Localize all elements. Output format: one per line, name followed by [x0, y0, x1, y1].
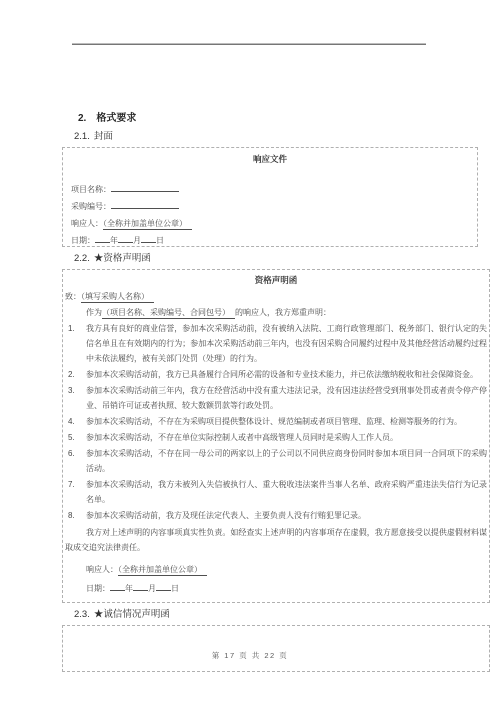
response-doc-title: 响应文件 — [71, 153, 469, 165]
procurement-number-label: 采购编号： — [71, 202, 111, 211]
respondent-field: 响应人：（全称并加盖单位公章） — [71, 215, 469, 232]
sign-year-label: 年 — [125, 584, 133, 593]
sign-year-blank — [110, 583, 125, 591]
cover-heading: 2.1.封面 — [62, 131, 490, 143]
item-number: 2. — [65, 367, 86, 382]
project-name-blank — [111, 184, 179, 192]
month-blank — [118, 235, 133, 243]
item-text: 参加本次采购活动，不存在单位实际控制人或者中高级管理人员同时是采购人工作人员。 — [86, 430, 487, 445]
year-blank — [95, 235, 110, 243]
project-name-field: 项目名称： — [71, 181, 469, 198]
qualification-heading-title: ★资格声明函 — [94, 253, 151, 264]
item-number: 4. — [65, 414, 86, 429]
declaration-item: 6. 参加本次采购活动，不存在同一母公司的两家以上的子公司以不同供应商身份同时参… — [65, 446, 487, 476]
salutation-line: 致：（填写采购人名称） — [65, 289, 487, 304]
intro-line: 作为（项目名称、采购编号、合同包号）的响应人，我方郑重声明： — [65, 305, 487, 320]
item-number: 8. — [65, 508, 86, 523]
procurement-number-blank — [111, 201, 179, 209]
salutation-label: 致： — [65, 292, 81, 301]
item-text: 参加本次采购活动前，我方及现任法定代表人、主要负责人没有行贿犯罪记录。 — [86, 508, 487, 523]
intro-suffix: 的响应人，我方郑重声明： — [235, 308, 331, 317]
project-name-label: 项目名称： — [71, 185, 111, 194]
cover-date-field: 日期：年月日 — [71, 232, 469, 249]
declaration-item: 4. 参加本次采购活动，不存在为采购项目提供整体设计、规范编制或者项目管理、监理… — [65, 414, 487, 429]
declaration-item: 2. 参加本次采购活动前，我方已具备履行合同所必需的设备和专业技术能力，并已依法… — [65, 367, 487, 382]
item-text: 参加本次采购活动，我方未被列入失信被执行人、重大税收违法案件当事人名单、政府采购… — [86, 477, 487, 507]
sign-month-blank — [133, 583, 148, 591]
integrity-heading-title: ★诚信情况声明函 — [94, 609, 170, 620]
closing-paragraph: 我方对上述声明的内容事项真实性负责。如经查实上述声明的内容事项存在虚假，我方愿意… — [65, 525, 487, 555]
cover-box: 响应文件 项目名称： 采购编号： 响应人：（全称并加盖单位公章） 日期：年月日 — [62, 147, 478, 247]
sign-date-line: 日期：年月日 — [86, 581, 487, 596]
cover-fields: 项目名称： 采购编号： 响应人：（全称并加盖单位公章） 日期：年月日 — [71, 181, 469, 249]
declaration-item: 8. 参加本次采购活动前，我方及现任法定代表人、主要负责人没有行贿犯罪记录。 — [65, 508, 487, 523]
item-number: 6. — [65, 446, 86, 476]
document-content: 2.格式要求 2.1.封面 响应文件 项目名称： 采购编号： 响应人：（全称并加… — [62, 112, 490, 678]
format-section-title: 格式要求 — [96, 113, 136, 124]
respondent-value: （全称并加盖单位公章） — [103, 219, 192, 230]
day-label: 日 — [156, 236, 164, 245]
item-number: 7. — [65, 477, 86, 507]
item-text: 参加本次采购活动，不存在同一母公司的两家以上的子公司以不同供应商身份同时参加本项… — [86, 446, 487, 476]
signer-line: 响应人：（全称并加盖单位公章） — [86, 562, 487, 577]
signer-value: （全称并加盖单位公章） — [118, 565, 207, 576]
declaration-list: 1. 我方具有良好的商业信誉，参加本次采购活动前，没有被纳入法院、工商行政管理部… — [65, 321, 487, 523]
intro-underlined: （项目名称、采购编号、合同包号） — [102, 308, 235, 319]
signer-label: 响应人： — [86, 565, 118, 574]
item-text: 参加本次采购活动，不存在为采购项目提供整体设计、规范编制或者项目管理、监理、检测… — [86, 414, 487, 429]
integrity-heading-number: 2.3. — [74, 609, 90, 620]
format-section-heading: 2.格式要求 — [62, 112, 490, 125]
intro-prefix: 作为 — [86, 308, 102, 317]
qualification-letter-title: 资格声明函 — [65, 274, 487, 286]
item-number: 1. — [65, 321, 86, 366]
sign-month-label: 月 — [148, 584, 156, 593]
qualification-heading: 2.2.★资格声明函 — [62, 253, 490, 265]
sign-day-blank — [156, 583, 171, 591]
header-rule — [72, 43, 426, 45]
sign-day-label: 日 — [171, 584, 179, 593]
item-number: 3. — [65, 383, 86, 413]
declaration-item: 7. 参加本次采购活动，我方未被列入失信被执行人、重大税收违法案件当事人名单、政… — [65, 477, 487, 507]
format-section-number: 2. — [78, 113, 86, 124]
sign-date-label: 日期： — [86, 584, 110, 593]
integrity-heading: 2.3.★诚信情况声明函 — [62, 609, 490, 621]
year-label: 年 — [110, 236, 118, 245]
cover-heading-title: 封面 — [94, 131, 113, 142]
document-page: 2.格式要求 2.1.封面 响应文件 项目名称： 采购编号： 响应人：（全称并加… — [0, 0, 500, 707]
declaration-item: 1. 我方具有良好的商业信誉，参加本次采购活动前，没有被纳入法院、工商行政管理部… — [65, 321, 487, 366]
day-blank — [141, 235, 156, 243]
item-text: 参加本次采购活动前三年内，我方在经营活动中没有重大违法记录，没有因违法经营受到刑… — [86, 383, 487, 413]
declaration-item: 5. 参加本次采购活动，不存在单位实际控制人或者中高级管理人员同时是采购人工作人… — [65, 430, 487, 445]
qualification-box: 资格声明函 致：（填写采购人名称） 作为（项目名称、采购编号、合同包号）的响应人… — [62, 269, 490, 603]
integrity-box — [62, 625, 490, 672]
procurement-number-field: 采购编号： — [71, 198, 469, 215]
cover-date-label: 日期： — [71, 236, 95, 245]
respondent-label: 响应人： — [71, 219, 103, 228]
item-number: 5. — [65, 430, 86, 445]
month-label: 月 — [133, 236, 141, 245]
declaration-item: 3. 参加本次采购活动前三年内，我方在经营活动中没有重大违法记录，没有因违法经营… — [65, 383, 487, 413]
salutation-value: （填写采购人名称） — [81, 292, 154, 303]
item-text: 参加本次采购活动前，我方已具备履行合同所必需的设备和专业技术能力，并已依法缴纳税… — [86, 367, 487, 382]
qualification-heading-number: 2.2. — [74, 253, 90, 264]
page-footer: 第 17 页 共 22 页 — [0, 650, 500, 661]
item-text: 我方具有良好的商业信誉，参加本次采购活动前，没有被纳入法院、工商行政管理部门、税… — [86, 321, 487, 366]
cover-heading-number: 2.1. — [74, 131, 90, 142]
